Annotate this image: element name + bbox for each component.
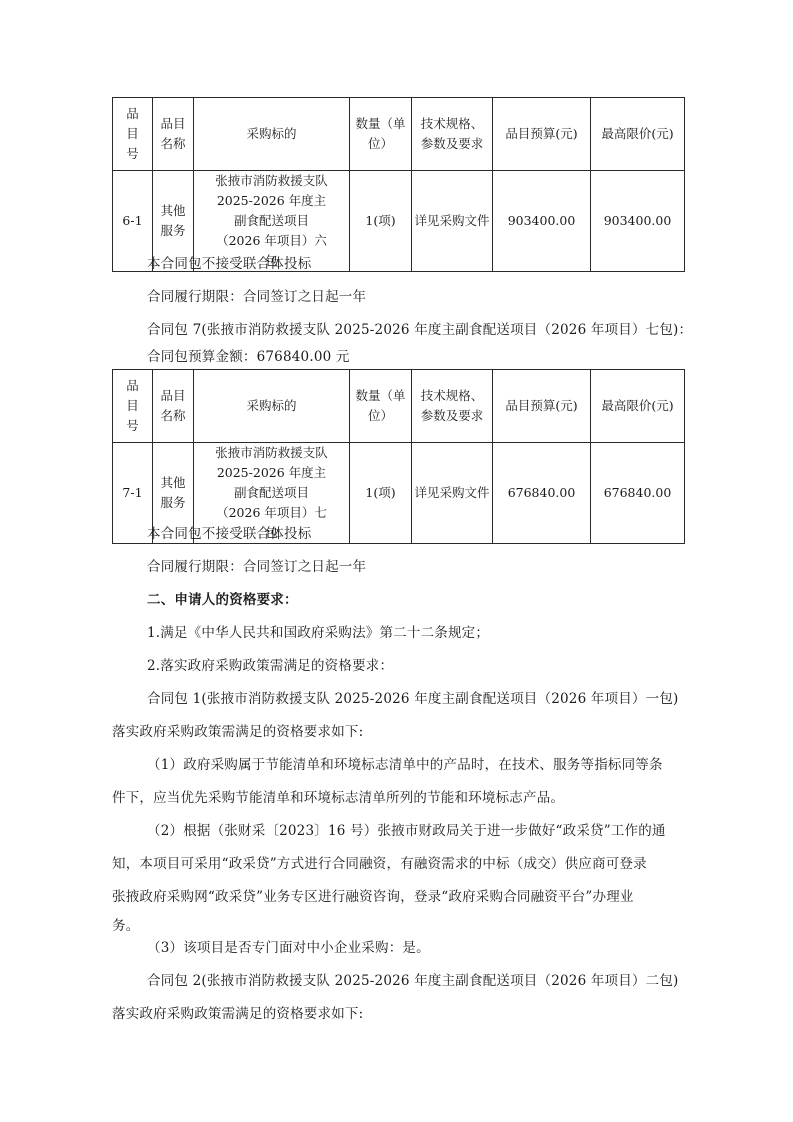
package-6-table: 品目号 品目名称 采购标的 数量（单位） 技术规格、参数及要求 品目预算(元) …: [112, 97, 685, 272]
item-1-line-2: 件下，应当优先采购节能清单和环境标志清单所列的节能和环境标志产品。: [112, 786, 564, 806]
cell-budget: 676840.00: [493, 443, 591, 544]
document-page: 品目号 品目名称 采购标的 数量（单位） 技术规格、参数及要求 品目预算(元) …: [0, 0, 793, 1122]
item-2-line-1: （2）根据（张财采〔2023〕16 号）张掖市财政局关于进一步做好“政采贷”工作…: [147, 819, 666, 839]
package-2-line-2: 落实政府采购政策需满足的资格要求如下:: [112, 1002, 363, 1022]
header-item-name: 品目名称: [153, 370, 194, 443]
header-budget: 品目预算(元): [493, 370, 591, 443]
item-1-line-1: （1）政府采购属于节能清单和环境标志清单中的产品时，在技术、服务等指标同等条: [147, 753, 663, 773]
table-header-row: 品目号 品目名称 采购标的 数量（单位） 技术规格、参数及要求 品目预算(元) …: [113, 98, 685, 171]
header-tech: 技术规格、参数及要求: [412, 98, 493, 171]
cell-tech: 详见采购文件: [412, 171, 493, 272]
requirement-1: 1.满足《中华人民共和国政府采购法》第二十二条规定；: [147, 621, 489, 641]
package-1-line-1: 合同包 1(张掖市消防救援支队 2025-2026 年度主副食配送项目（2026…: [147, 687, 679, 707]
package-7-consortium: 本合同包不接受联合体投标: [147, 522, 311, 542]
item-2-line-2: 知，本项目可采用“政采贷”方式进行合同融资，有融资需求的中标（成交）供应商可登录: [112, 852, 647, 872]
header-item-no: 品目号: [113, 98, 153, 171]
package-7-budget: 合同包预算金额：676840.00 元: [147, 345, 350, 365]
header-item-name: 品目名称: [153, 98, 194, 171]
header-subject: 采购标的: [194, 98, 350, 171]
header-budget: 品目预算(元): [493, 98, 591, 171]
package-7-table: 品目号 品目名称 采购标的 数量（单位） 技术规格、参数及要求 品目预算(元) …: [112, 369, 685, 544]
package-1-line-2: 落实政府采购政策需满足的资格要求如下:: [112, 720, 363, 740]
header-item-no: 品目号: [113, 370, 153, 443]
requirement-2: 2.落实政府采购政策需满足的资格要求：: [147, 654, 393, 674]
item-2-line-4: 务。: [112, 914, 139, 934]
item-3: （3）该项目是否专门面对中小企业采购：是。: [147, 936, 430, 956]
package-7-term: 合同履行期限：合同签订之日起一年: [147, 555, 366, 575]
cell-quantity: 1(项): [350, 171, 412, 272]
header-max-price: 最高限价(元): [591, 98, 685, 171]
cell-budget: 903400.00: [493, 171, 591, 272]
section-2-heading: 二、申请人的资格要求：: [147, 588, 298, 608]
cell-max-price: 903400.00: [591, 171, 685, 272]
package-7-title: 合同包 7(张掖市消防救援支队 2025-2026 年度主副食配送项目（2026…: [147, 318, 692, 338]
header-tech: 技术规格、参数及要求: [412, 370, 493, 443]
package-6-term: 合同履行期限：合同签订之日起一年: [147, 285, 366, 305]
header-quantity: 数量（单位）: [350, 98, 412, 171]
package-2-line-1: 合同包 2(张掖市消防救援支队 2025-2026 年度主副食配送项目（2026…: [147, 969, 679, 989]
package-6-consortium: 本合同包不接受联合体投标: [147, 252, 311, 272]
header-quantity: 数量（单位）: [350, 370, 412, 443]
item-2-line-3: 张掖政府采购网“政采贷”业务专区进行融资咨询，登录“政府采购合同融资平台”办理业: [112, 885, 634, 905]
table-header-row: 品目号 品目名称 采购标的 数量（单位） 技术规格、参数及要求 品目预算(元) …: [113, 370, 685, 443]
cell-quantity: 1(项): [350, 443, 412, 544]
header-max-price: 最高限价(元): [591, 370, 685, 443]
cell-max-price: 676840.00: [591, 443, 685, 544]
cell-tech: 详见采购文件: [412, 443, 493, 544]
header-subject: 采购标的: [194, 370, 350, 443]
